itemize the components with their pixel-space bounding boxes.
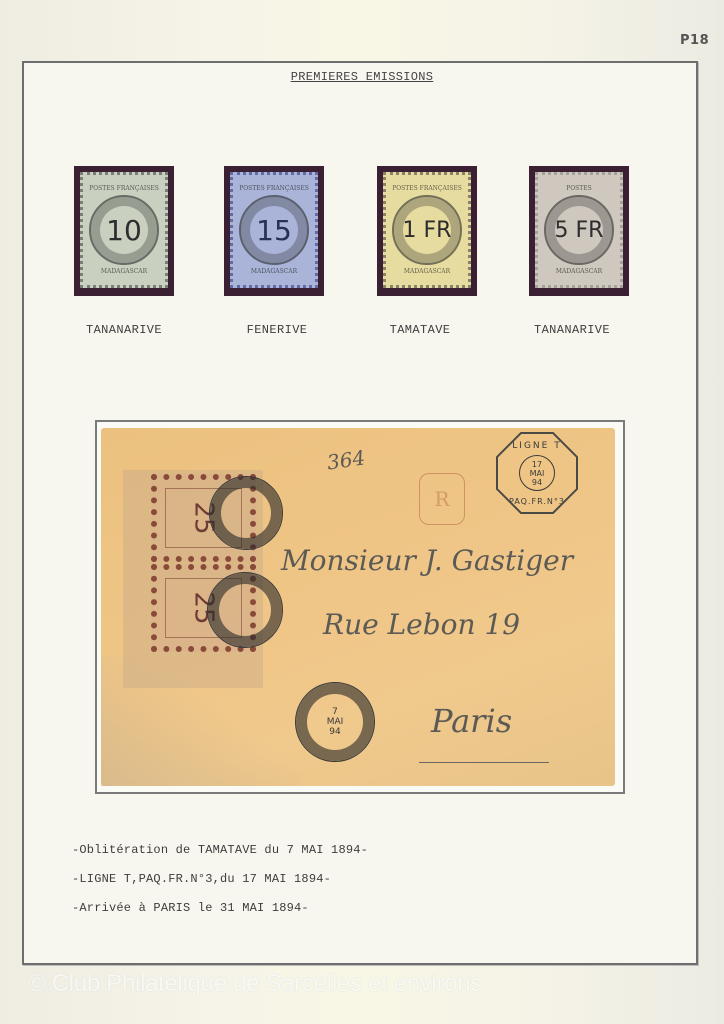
copyright-watermark: © Club Philatélique de Sarcelles et envi… bbox=[28, 970, 482, 998]
postmark-date-ring: 17 MAI 94 bbox=[519, 455, 555, 491]
stamp-caption-1: TANANARIVE bbox=[54, 323, 194, 337]
address-underline bbox=[419, 762, 549, 763]
stamp-value: 5 FR bbox=[555, 218, 604, 243]
tamatave-postmark-bottom bbox=[207, 572, 283, 648]
address-line-3: Paris bbox=[431, 702, 512, 740]
stamp-bottom-text: MADAGASCAR bbox=[233, 268, 315, 275]
page-number: P18 bbox=[680, 33, 709, 48]
pencil-note: 364 bbox=[326, 445, 367, 474]
stamp-top-text: POSTES FRANÇAISES bbox=[233, 185, 315, 192]
address-line-2: Rue Lebon 19 bbox=[323, 608, 520, 641]
stamp-4: POSTES 5 FR MADAGASCAR bbox=[535, 172, 623, 288]
section-title: PREMIERES EMISSIONS bbox=[0, 70, 724, 84]
stamp-value: 15 bbox=[256, 214, 292, 247]
stamp-mount-2: POSTES FRANÇAISES 15 MADAGASCAR bbox=[224, 166, 324, 296]
stamp-1: POSTES FRANÇAISES 10 MADAGASCAR bbox=[80, 172, 168, 288]
postmark-month: MAI bbox=[530, 469, 545, 478]
postmark-day: 7 bbox=[327, 707, 344, 717]
stamp-mount-4: POSTES 5 FR MADAGASCAR bbox=[529, 166, 629, 296]
stamp-value: 10 bbox=[106, 214, 142, 247]
stamp-mount-3: POSTES FRANÇAISES 1 FR MADAGASCAR bbox=[377, 166, 477, 296]
stamp-top-text: POSTES bbox=[538, 185, 620, 192]
cover-notes: -Oblitération de TAMATAVE du 7 MAI 1894-… bbox=[72, 836, 368, 923]
stamp-value: 1 FR bbox=[403, 218, 452, 243]
stamp-bottom-text: MADAGASCAR bbox=[538, 268, 620, 275]
note-line-2: -LIGNE T,PAQ.FR.N°3,du 17 MAI 1894- bbox=[72, 865, 368, 894]
postmark-day: 17 bbox=[532, 460, 542, 469]
registered-mark: R bbox=[419, 473, 465, 525]
stamp-3: POSTES FRANÇAISES 1 FR MADAGASCAR bbox=[383, 172, 471, 288]
postmark-year: 94 bbox=[327, 727, 344, 737]
stamp-mount-1: POSTES FRANÇAISES 10 MADAGASCAR bbox=[74, 166, 174, 296]
ligne-t-postmark: LIGNE T 17 MAI 94 PAQ.FR.N°3 bbox=[496, 432, 578, 514]
postmark-paquebot: PAQ.FR.N°3 bbox=[498, 497, 576, 506]
stamp-caption-3: TAMATAVE bbox=[350, 323, 490, 337]
tamatave-postmark-top bbox=[209, 476, 283, 550]
postmark-line-name: LIGNE T bbox=[498, 441, 576, 451]
stamp-caption-4: TANANARIVE bbox=[502, 323, 642, 337]
stamp-top-text: POSTES FRANÇAISES bbox=[386, 185, 468, 192]
postmark-year: 94 bbox=[532, 478, 542, 487]
note-line-1: -Oblitération de TAMATAVE du 7 MAI 1894- bbox=[72, 836, 368, 865]
tamatave-arrival-postmark: 7 MAI 94 bbox=[295, 682, 375, 762]
postmark-month: MAI bbox=[327, 717, 344, 727]
note-line-3: -Arrivée à PARIS le 31 MAI 1894- bbox=[72, 894, 368, 923]
postal-cover: 25 25 364 R LIGNE T 17 MAI 94 PAQ.FR.N°3… bbox=[101, 428, 615, 786]
stamp-2: POSTES FRANÇAISES 15 MADAGASCAR bbox=[230, 172, 318, 288]
stamp-caption-2: FENERIVE bbox=[207, 323, 347, 337]
address-line-1: Monsieur J. Gastiger bbox=[281, 544, 573, 577]
stamp-top-text: POSTES FRANÇAISES bbox=[83, 185, 165, 192]
stamp-bottom-text: MADAGASCAR bbox=[83, 268, 165, 275]
stamp-bottom-text: MADAGASCAR bbox=[386, 268, 468, 275]
